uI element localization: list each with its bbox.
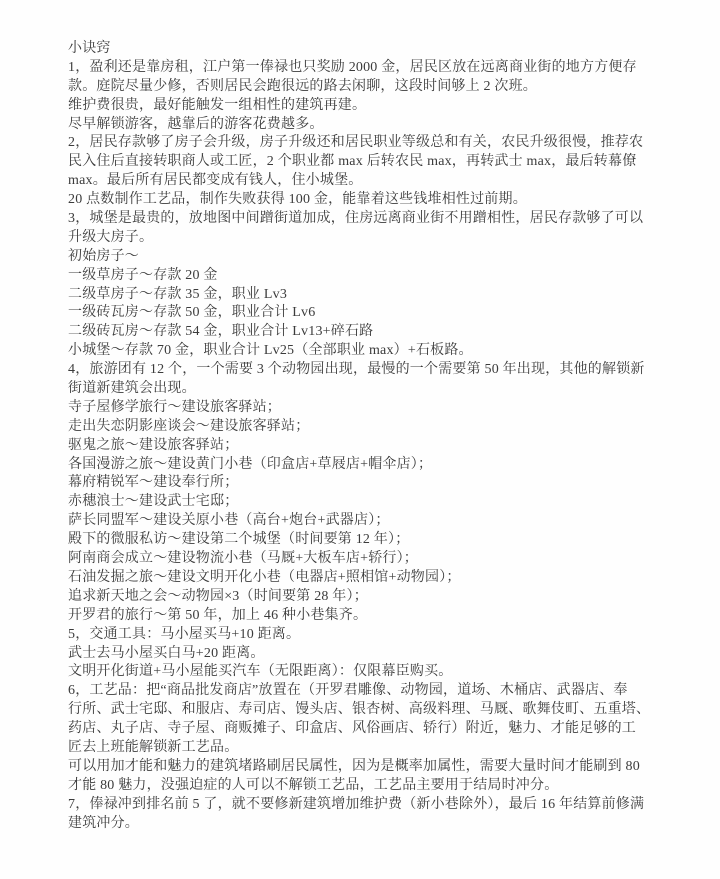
doc-line: 二级砖瓦房～存款 54 金，职业合计 Lv13+碎石路 (68, 323, 660, 342)
doc-line: 驱鬼之旅～建设旅客驿站； (68, 437, 660, 456)
doc-line: 5，交通工具：马小屋买马+10 距离。 (68, 626, 660, 645)
doc-line: 文明开化街道+马小屋能买汽车（无限距离）：仅限幕臣购买。 (68, 663, 660, 682)
doc-line: 可以用加才能和魅力的建筑堵路刷居民属性，因为是概率加属性，需要大量时间才能刷到 … (68, 758, 660, 777)
doc-line: 匠去上班能解锁新工艺品。 (68, 739, 660, 758)
doc-line: max。最后所有居民都变成有钱人，住小城堡。 (68, 172, 660, 191)
doc-line: 幕府精锐军～建设奉行所； (68, 474, 660, 493)
doc-line: 6，工艺品：把“商品批发商店”放置在（开罗君雕像、动物园，道场、木桶店、武器店、… (68, 682, 660, 701)
doc-line: 追求新天地之会～动物园×3（时间要第 28 年）； (68, 588, 660, 607)
doc-line: 3，城堡是最贵的，放地图中间蹭街道加成，住房远离商业街不用蹭相性，居民存款够了可… (68, 210, 660, 229)
doc-line: 维护费很贵，最好能触发一组相性的建筑再建。 (68, 97, 660, 116)
doc-line: 各国漫游之旅～建设黄门小巷（印盒店+草屐店+帽伞店）； (68, 456, 660, 475)
doc-line: 殿下的微服私访～建设第二个城堡（时间要第 12 年）； (68, 531, 660, 550)
doc-line: 开罗君的旅行～第 50 年，加上 46 种小巷集齐。 (68, 607, 660, 626)
doc-line: 一级砖瓦房～存款 50 金，职业合计 Lv6 (68, 304, 660, 323)
doc-line: 石油发掘之旅～建设文明开化小巷（电器店+照相馆+动物园）； (68, 569, 660, 588)
doc-line: 赤穗浪士～建设武士宅邸； (68, 493, 660, 512)
doc-line: 初始房子～ (68, 248, 660, 267)
doc-line: 武士去马小屋买白马+20 距离。 (68, 645, 660, 664)
doc-line: 阿南商会成立～建设物流小巷（马厩+大板车店+轿行）； (68, 550, 660, 569)
doc-line: 1，盈利还是靠房租，江户第一俸禄也只奖励 2000 金，居民区放在远离商业街的地… (68, 59, 660, 78)
doc-line: 民入住后直接转职商人或工匠，2 个职业都 max 后转农民 max，再转武士 m… (68, 153, 660, 172)
doc-line: 20 点数制作工艺品，制作失败获得 100 金，能靠着这些钱堆相性过前期。 (68, 191, 660, 210)
doc-line: 升级大房子。 (68, 229, 660, 248)
doc-line: 尽早解锁游客，越靠后的游客花费越多。 (68, 116, 660, 135)
doc-line: 建筑冲分。 (68, 815, 660, 834)
doc-line: 一级草房子～存款 20 金 (68, 267, 660, 286)
doc-line: 二级草房子～存款 35 金，职业 Lv3 (68, 286, 660, 305)
doc-line: 萨长同盟军～建设关原小巷（高台+炮台+武器店）； (68, 512, 660, 531)
doc-line: 行所、武士宅邸、和服店、寿司店、馒头店、银杏树、高级料理、马厩、歌舞伎町、五重塔… (68, 701, 660, 720)
doc-line: 7，俸禄冲到排名前 5 了，就不要修新建筑增加维护费（新小巷除外），最后 16 … (68, 796, 660, 815)
doc-line: 走出失恋阴影座谈会～建设旅客驿站； (68, 418, 660, 437)
doc-line: 4，旅游团有 12 个，一个需要 3 个动物园出现，最慢的一个需要第 50 年出… (68, 361, 660, 380)
document-page: 小诀窍 1，盈利还是靠房租，江户第一俸禄也只奖励 2000 金，居民区放在远离商… (0, 0, 720, 879)
doc-line: 2，居民存款够了房子会升级，房子升级还和居民职业等级总和有关，农民升级很慢，推荐… (68, 134, 660, 153)
document-text-block: 小诀窍 1，盈利还是靠房租，江户第一俸禄也只奖励 2000 金，居民区放在远离商… (68, 40, 660, 833)
doc-line: 街道新建筑会出现。 (68, 380, 660, 399)
doc-line: 才能 80 魅力，没强迫症的人可以不解锁工艺品，工艺品主要用于结局时冲分。 (68, 777, 660, 796)
doc-line: 药店、丸子店、寺子屋、商贩摊子、印盒店、风俗画店、轿行）附近，魅力、才能足够的工 (68, 720, 660, 739)
doc-title-line: 小诀窍 (68, 40, 660, 59)
doc-line: 小城堡～存款 70 金，职业合计 Lv25（全部职业 max）+石板路。 (68, 342, 660, 361)
doc-line: 寺子屋修学旅行～建设旅客驿站； (68, 399, 660, 418)
doc-line: 款。庭院尽量少修，否则居民会跑很远的路去闲聊，这段时间够上 2 次班。 (68, 78, 660, 97)
